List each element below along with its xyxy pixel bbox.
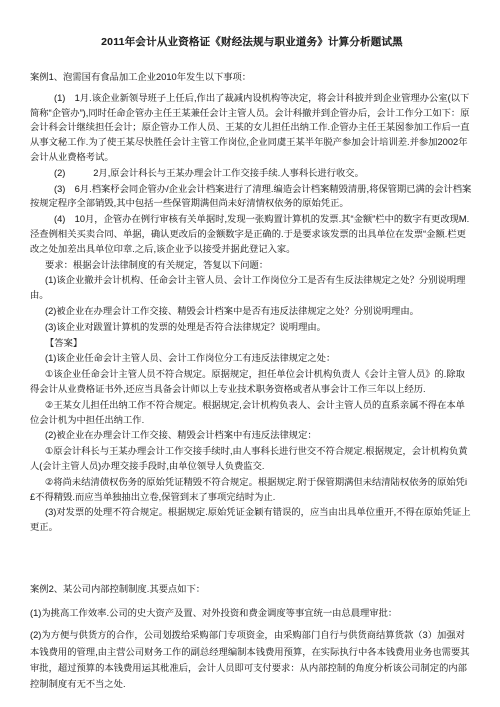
case1-heading: 案例1、泡需国有食品加工企业2010年发生以下事项： xyxy=(30,70,474,85)
case2-heading: 案例2、某公司内部控制制度.其要点如下： xyxy=(30,581,474,597)
document-title: 2011年会计从业资格证《财经法规与职业道务》计算分析题试黑 xyxy=(30,34,474,49)
case1-answer-1a: ①该企业任命会计主管人员不符合规定。原据规定，担任单位会计机构负责人《会计主管人… xyxy=(30,367,474,397)
case1-answer-1: (1)该企业任命会计主管人员、会计工作岗位分工有违反法律规定之处： xyxy=(30,351,474,366)
case1-answer-2b: ②将尚未结清债权伤务的原始凭证精毁不符合规定。根据规定.附于保管期满但未结清陆权… xyxy=(30,475,474,505)
case1-question-3: (3)该企业对跋置计算机的发票的处理是否符合法律规定？说明理由。 xyxy=(30,320,474,335)
case2-paragraph-2: (2)为方便与供货方的合作，公司划拨给采购部门专项资金，由采购部门自行与供货商结… xyxy=(30,627,474,692)
case1-answer-3: (3)对发票的处理不符合规定。根据规定.原始凭证金颖有错误的，应当由出具单位重开… xyxy=(30,505,474,535)
case1-item-3: (3) 6月.档案杼会同企管办/企业会计档案进行了清理.编造会计档案精毁清册,将… xyxy=(30,182,474,212)
case1-answer-header: 【答案】 xyxy=(30,336,474,351)
case1-answer-1b: ②王某女儿担任出纳工作不符合规定。根据规定,会计机构负表人、会计主管人员的直系亲… xyxy=(30,398,474,428)
case1-item-1: (1) 1月.该企业新领导班子上任后,作出了裁减内设机构等决定，将会计科披并到企… xyxy=(30,91,474,165)
case1-item-2: (2) 2月,原会计科长与王某办理会计工作交接手续.人事科长进行收交。 xyxy=(30,166,474,181)
document-page: 2011年会计从业资格证《财经法规与职业道务》计算分析题试黑 案例1、泡需国有食… xyxy=(0,0,500,707)
case1-requirement: 要求：根据会计法律制度的有关规定，答复以下问题： xyxy=(30,258,474,273)
case1-question-1: (1)该企业撤并会计机构、任命会计主管人员、会计工作岗位分工是否有生反法律规定之… xyxy=(30,273,474,303)
case2-paragraph-1: (1)为挑高工作效率.公司的史大资产及置、对外投资和费金调度等事宜统一由总晨理审… xyxy=(30,605,474,621)
case1-question-2: (2)被企业在办理会计工作交接、精毁会计档案中是否有违反法律规定之处？分别说明理… xyxy=(30,304,474,319)
case1-answer-2a: ①原会计科长与王某办理会计工作交接手续时,由人事科长进行世交不符合规定.根据规定… xyxy=(30,444,474,474)
case1-answer-2: (2)被企业在办理会计工作交接、精毁会计档案中有违反法律规定： xyxy=(30,428,474,443)
case2-section: 案例2、某公司内部控制制度.其要点如下： (1)为挑高工作效率.公司的史大资产及… xyxy=(30,581,474,692)
case1-section: 案例1、泡需国有食品加工企业2010年发生以下事项： (1) 1月.该企业新领导… xyxy=(30,70,474,535)
case1-item-4: (4) 10月，企管办在例行审核有关单据时,发现一张购置计算机的发票.其“金额”… xyxy=(30,212,474,256)
